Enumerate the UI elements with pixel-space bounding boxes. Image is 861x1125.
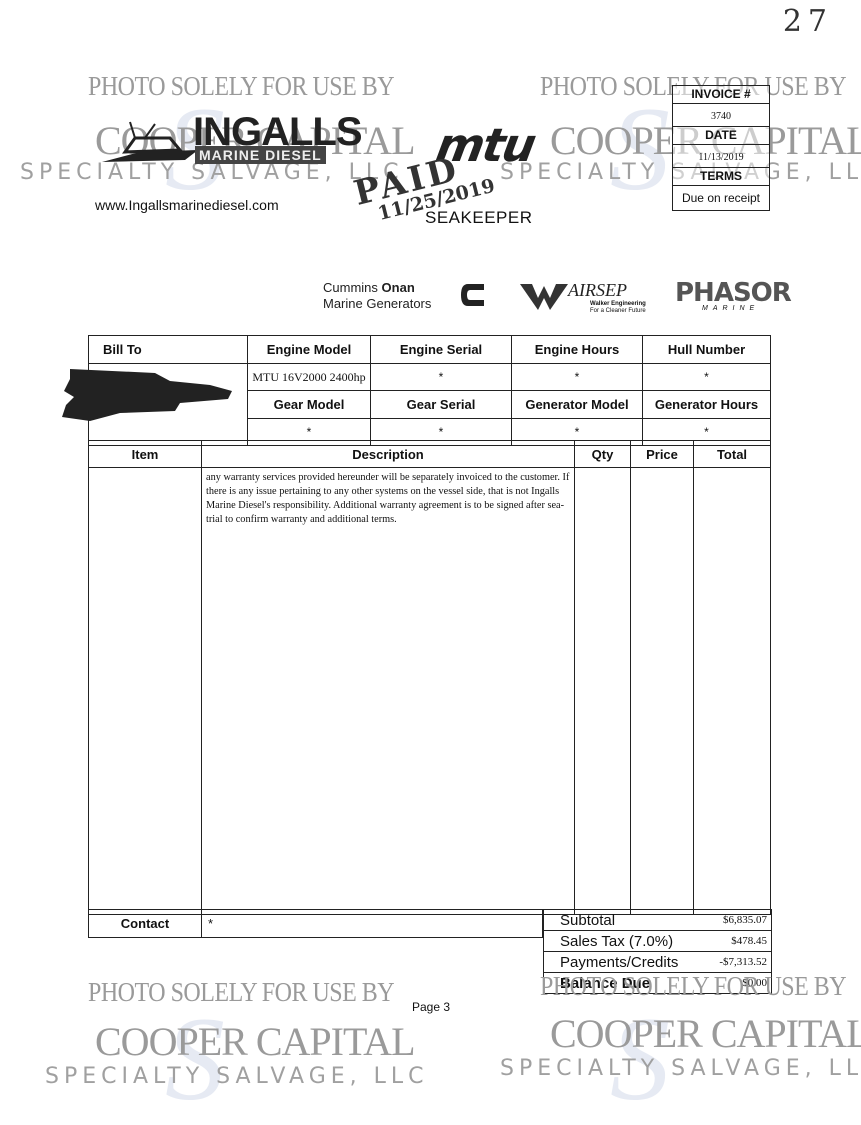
header-description: Description: [202, 441, 575, 468]
invoice-date-label: DATE: [673, 127, 769, 145]
contact-value: *: [202, 910, 543, 938]
watermark-cooper-text: COOPER CAPITAL: [550, 1010, 861, 1057]
header-engine-model: Engine Model: [248, 336, 371, 364]
header-engine-hours: Engine Hours: [512, 336, 643, 364]
watermark-specialty-text: SPECIALTY SALVAGE, LLC: [45, 1064, 429, 1089]
subtotal-label: Subtotal: [544, 910, 708, 931]
description-cell: any warranty services provided hereunder…: [202, 468, 575, 915]
engine-model-value: MTU 16V2000 2400hp: [248, 364, 371, 391]
table-row: any warranty services provided hereunder…: [89, 468, 771, 915]
invoice-info-box: INVOICE # 3740 DATE 11/13/2019 TERMS Due…: [672, 85, 770, 211]
engine-serial-value: *: [371, 364, 512, 391]
cummins-logo-icon: [458, 280, 488, 310]
watermark-photo-text: PHOTO SOLELY FOR USE BY: [540, 972, 846, 1003]
header-gear-serial: Gear Serial: [371, 391, 512, 419]
hull-number-value: *: [643, 364, 771, 391]
redaction-mark: [60, 367, 235, 423]
contact-table: Contact *: [88, 909, 543, 938]
header-item: Item: [89, 441, 202, 468]
header-engine-serial: Engine Serial: [371, 336, 512, 364]
seakeeper-logo: SEAKEEPER: [425, 208, 533, 228]
boat-logo-icon: [100, 120, 200, 170]
invoice-date: 11/13/2019: [673, 145, 769, 168]
qty-cell: [575, 468, 631, 915]
handwritten-page-number: 27: [783, 4, 833, 39]
header-total: Total: [694, 441, 771, 468]
payments-label: Payments/Credits: [544, 952, 708, 973]
invoice-terms: Due on receipt: [673, 186, 769, 210]
total-cell: [694, 468, 771, 915]
watermark-photo-text: PHOTO SOLELY FOR USE BY: [88, 978, 394, 1009]
subtotal-value: $6,835.07: [708, 910, 772, 931]
contact-label: Contact: [89, 910, 202, 938]
bill-to-label: Bill To: [89, 336, 248, 364]
watermark-specialty-text: SPECIALTY SALVAGE, LLC: [500, 1056, 861, 1081]
invoice-number: 3740: [673, 104, 769, 127]
engine-hours-value: *: [512, 364, 643, 391]
phasor-subtext: MARINE: [702, 305, 759, 312]
line-items-table: Item Description Qty Price Total any war…: [88, 440, 771, 915]
header-generator-hours: Generator Hours: [643, 391, 771, 419]
header-price: Price: [631, 441, 694, 468]
invoice-terms-label: TERMS: [673, 168, 769, 186]
price-cell: [631, 468, 694, 915]
header-hull-number: Hull Number: [643, 336, 771, 364]
item-cell: [89, 468, 202, 915]
airsep-logo: AIRSEP Walker Engineering For a Cleaner …: [520, 280, 646, 315]
watermark-photo-text: PHOTO SOLELY FOR USE BY: [88, 72, 394, 103]
walker-w-icon: [520, 280, 568, 310]
phasor-logo: PHASOR: [675, 278, 791, 308]
sales-tax-label: Sales Tax (7.0%): [544, 931, 708, 952]
watermark-cooper-text: COOPER CAPITAL: [95, 1018, 415, 1065]
header-gear-model: Gear Model: [248, 391, 371, 419]
header-generator-model: Generator Model: [512, 391, 643, 419]
sales-tax-value: $478.45: [708, 931, 772, 952]
header-qty: Qty: [575, 441, 631, 468]
invoice-number-label: INVOICE #: [673, 86, 769, 104]
cummins-onan-text: Cummins Onan Marine Generators: [323, 280, 431, 312]
payments-value: -$7,313.52: [708, 952, 772, 973]
company-subname: MARINE DIESEL: [195, 146, 326, 164]
page-number: Page 3: [412, 1000, 450, 1014]
company-website[interactable]: www.Ingallsmarinediesel.com: [95, 197, 279, 213]
